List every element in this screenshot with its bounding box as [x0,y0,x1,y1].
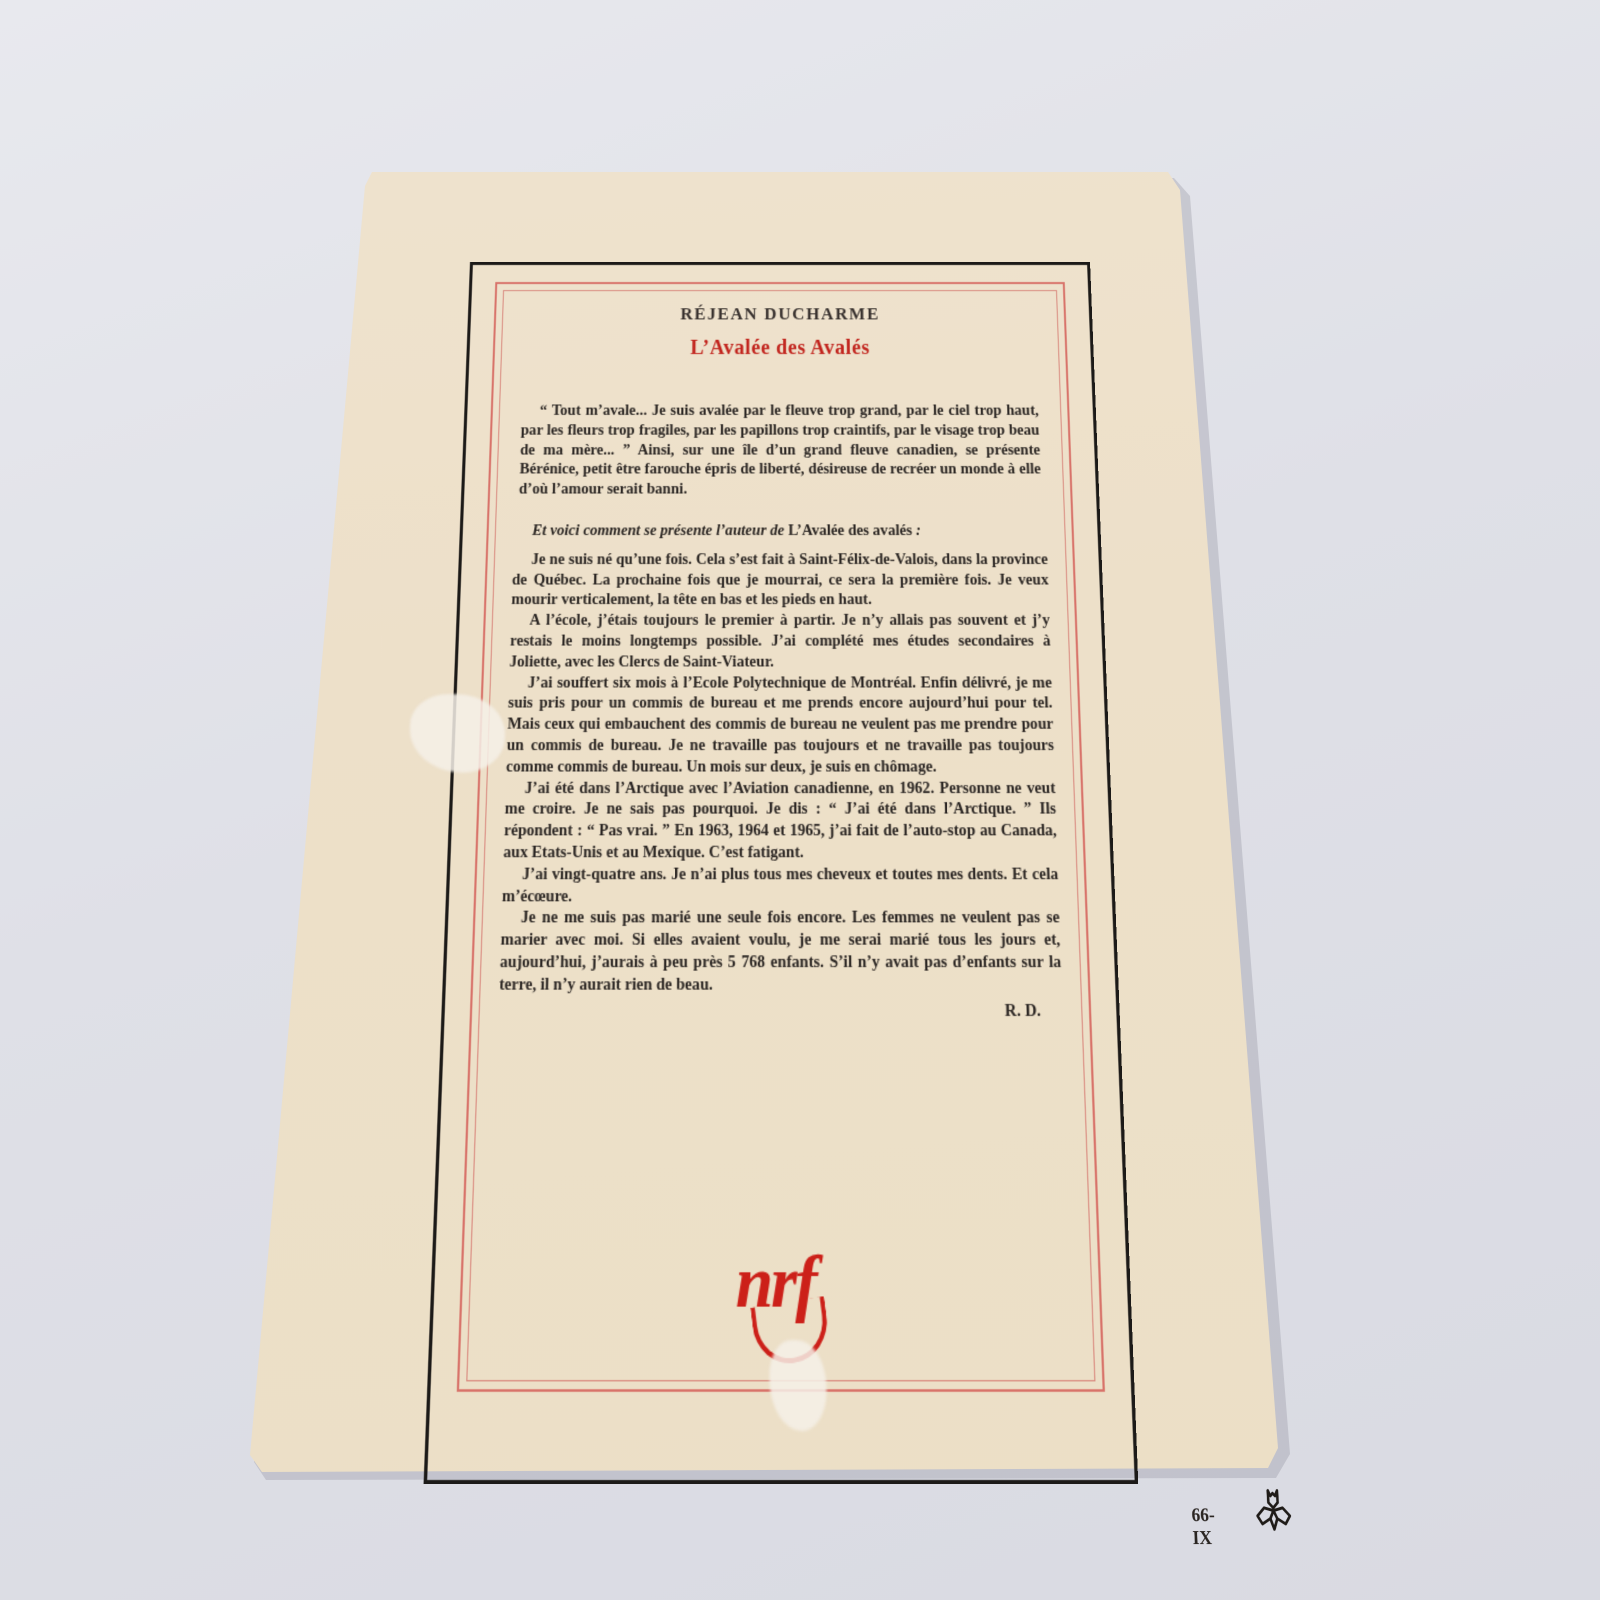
bio-paragraph: A l’école, j’étais toujours le premier à… [509,611,1051,673]
author-name: RÉJEAN DUCHARME [520,304,1040,324]
bio-paragraph: J’ai souffert six mois à l’Ecole Polytec… [506,673,1055,778]
bio-paragraph: Je ne me suis pas marié une seule fois e… [499,908,1062,997]
gallimard-star-icon [1251,1487,1295,1535]
signature-initials: R. D. [498,1001,1063,1021]
nrf-publisher-logo: nrf [735,1238,815,1326]
print-code: 66-IX [1191,1505,1216,1551]
text-block: RÉJEAN DUCHARME L’Avalée des Avalés “ To… [498,302,1063,1021]
bio-paragraph: J’ai été dans l’Arctique avec l’Aviation… [503,778,1058,864]
photo-stage: RÉJEAN DUCHARME L’Avalée des Avalés “ To… [0,0,1600,1600]
author-intro: Et voici comment se présente l’auteur de… [513,521,1047,541]
intro-suffix: : [912,522,921,539]
cover-content: RÉJEAN DUCHARME L’Avalée des Avalés “ To… [424,262,1139,1484]
bio-paragraph: Je ne suis né qu’une fois. Cela s’est fa… [511,550,1049,611]
book-title: L’Avalée des Avalés [519,337,1041,360]
blurb-quote: “ Tout m’avale... Je suis avalée par le … [515,401,1046,499]
intro-book-reference: L’Avalée des avalés [788,522,912,539]
intro-text: Et voici comment se présente l’auteur de [532,522,788,539]
bio-paragraph: J’ai vingt-quatre ans. Je n’ai plus tous… [502,864,1060,908]
